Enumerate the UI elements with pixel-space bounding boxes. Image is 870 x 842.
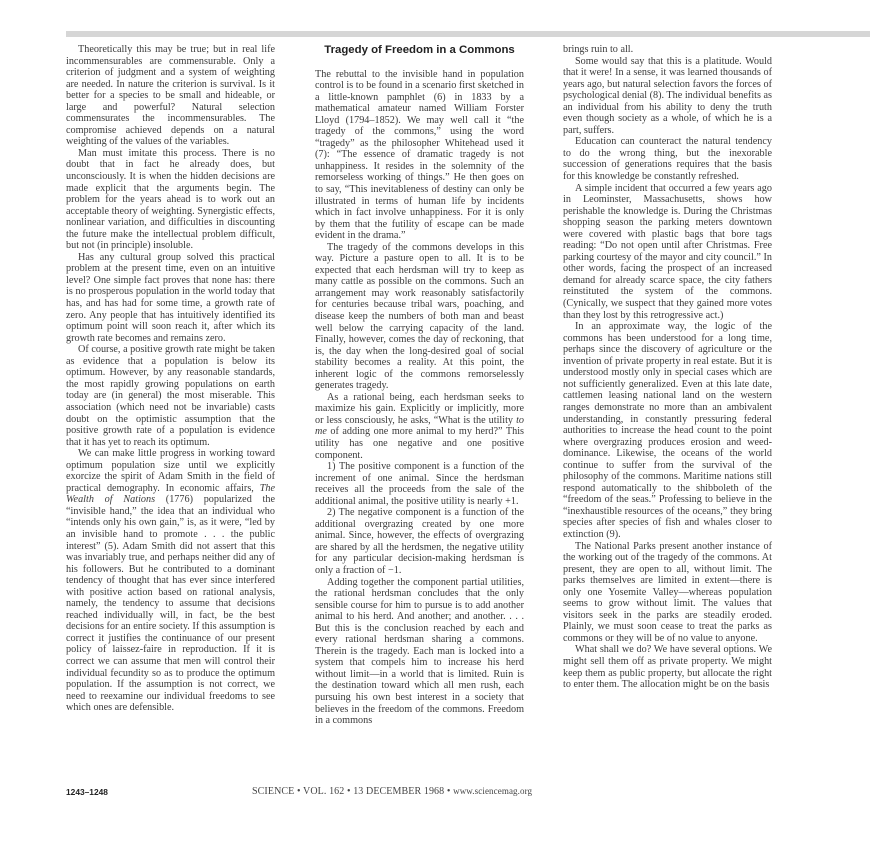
text-run: We can make little progress in working t… [66,448,275,494]
paragraph: The tragedy of the commons develops in t… [315,242,524,392]
paragraph: Some would say that this is a platitude.… [563,56,772,137]
paragraph: The rebuttal to the invisible hand in po… [315,69,524,242]
paragraph: We can make little progress in working t… [66,448,275,714]
top-rule [66,31,870,37]
text-run: of adding one more animal to my herd?” T… [315,426,524,460]
paragraph: Theoretically this may be true; but in r… [66,44,275,148]
paragraph-continuation: brings ruin to all. [563,44,772,56]
paragraph: Man must imitate this process. There is … [66,148,275,252]
page-range: 1243–1248 [66,787,108,797]
paragraph: 1) The positive component is a function … [315,461,524,507]
paragraph: Has any cultural group solved this pract… [66,252,275,344]
running-footer: SCIENCE • VOL. 162 • 13 DECEMBER 1968 • … [252,786,532,797]
paragraph: The National Parks present another insta… [563,541,772,645]
paragraph: What shall we do? We have several option… [563,644,772,690]
paragraph: Of course, a positive growth rate might … [66,344,275,448]
paragraph: Education can counteract the natural ten… [563,136,772,182]
text-run: (1776) popularized the “invisible hand,”… [66,494,275,713]
section-heading: Tragedy of Freedom in a Commons [315,44,524,57]
paragraph: 2) The negative component is a function … [315,507,524,576]
paragraph: In an approximate way, the logic of the … [563,321,772,540]
journal-name: SCIENCE [252,786,294,797]
separator: • [447,786,451,797]
paragraph: A simple incident that occurred a few ye… [563,183,772,322]
paragraph: As a rational being, each herdsman seeks… [315,392,524,461]
column-2: Tragedy of Freedom in a Commons The rebu… [315,44,524,727]
paragraph: Adding together the component partial ut… [315,577,524,727]
column-1: Theoretically this may be true; but in r… [66,44,275,714]
separator: • [297,786,301,797]
text-run: As a rational being, each herdsman seeks… [315,392,524,426]
volume: VOL. 162 [303,786,344,797]
issue-date: 13 DECEMBER 1968 [353,786,444,797]
separator: • [347,786,351,797]
column-3: brings ruin to all. Some would say that … [563,44,772,691]
journal-url[interactable]: www.sciencemag.org [453,786,532,796]
page-footer: 1243–1248 SCIENCE • VOL. 162 • 13 DECEMB… [66,787,772,801]
